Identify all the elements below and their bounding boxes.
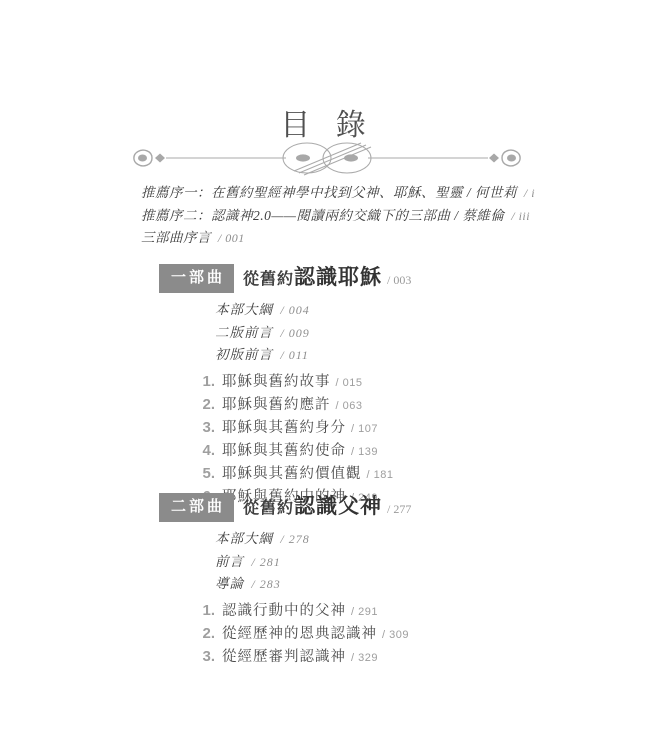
chapter-page: / 139	[351, 441, 378, 463]
chapter-number: 5.	[199, 463, 215, 485]
subitem-label: 導論	[215, 576, 244, 591]
subitem-label: 前言	[215, 554, 244, 569]
subitem-label: 二版前言	[215, 325, 273, 340]
chapter-row: 1.耶穌與舊約故事/ 015	[199, 371, 619, 394]
chapter-title: 從經歷神的恩典認識神	[222, 623, 377, 645]
subitem-list: 本部大綱 / 278 前言 / 281 導論 / 283	[215, 528, 619, 596]
chapter-page: / 107	[351, 418, 378, 440]
toc-page: 目 錄	[0, 0, 650, 750]
chapter-page: / 063	[336, 395, 363, 417]
chapter-row: 1.認識行動中的父神/ 291	[199, 600, 619, 623]
chapter-title: 耶穌與舊約故事	[222, 371, 331, 393]
ornamental-divider	[131, 139, 523, 177]
chapter-number: 2.	[199, 623, 215, 645]
preface-text: 三部曲序言	[141, 230, 211, 245]
preface-list: 推薦序一：在舊約聖經神學中找到父神、耶穌、聖靈 / 何世莉 / i 推薦序二：認…	[141, 182, 571, 250]
chapter-page: / 181	[367, 464, 394, 486]
chapter-page: / 309	[382, 624, 409, 646]
subitem-page: / 283	[251, 577, 280, 591]
chapter-title: 認識行動中的父神	[222, 600, 346, 622]
subitem: 導論 / 283	[215, 573, 619, 596]
subitem: 前言 / 281	[215, 551, 619, 574]
part-title-emphasis: 認識父神	[294, 494, 382, 518]
part-page: / 003	[387, 273, 411, 287]
chapter-number: 4.	[199, 440, 215, 462]
subitem: 初版前言 / 011	[215, 344, 619, 367]
chapter-row: 5.耶穌與其舊約價值觀/ 181	[199, 463, 619, 486]
chapter-list: 1.耶穌與舊約故事/ 015 2.耶穌與舊約應許/ 063 3.耶穌與其舊約身分…	[199, 371, 619, 509]
part-title-prefix: 從舊約	[243, 271, 294, 288]
chapter-page: / 329	[351, 647, 378, 669]
chapter-row: 3.耶穌與其舊約身分/ 107	[199, 417, 619, 440]
chapter-number: 1.	[199, 371, 215, 393]
chapter-number: 1.	[199, 600, 215, 622]
preface-line: 推薦序二：認識神2.0——閱讀兩約交織下的三部曲 / 蔡維倫 / iii	[141, 205, 571, 228]
flourish-icon	[131, 139, 523, 177]
subitem: 本部大綱 / 278	[215, 528, 619, 551]
subitem-page: / 004	[280, 303, 309, 317]
chapter-title: 耶穌與舊約應許	[222, 394, 331, 416]
preface-text: 推薦序二：認識神2.0——閱讀兩約交織下的三部曲 / 蔡維倫	[141, 208, 504, 223]
subitem-label: 本部大綱	[215, 531, 273, 546]
subitem-page: / 011	[280, 348, 308, 362]
part-title: 從舊約認識父神/ 277	[243, 494, 411, 521]
subitem-page: / 278	[280, 532, 309, 546]
part-title-emphasis: 認識耶穌	[294, 265, 382, 289]
section-part-one: 一部曲 從舊約認識耶穌/ 003 本部大綱 / 004 二版前言 / 009 初…	[159, 264, 619, 509]
chapter-title: 耶穌與其舊約身分	[222, 417, 346, 439]
subitem: 本部大綱 / 004	[215, 299, 619, 322]
subitem-label: 初版前言	[215, 347, 273, 362]
subitem: 二版前言 / 009	[215, 322, 619, 345]
chapter-number: 3.	[199, 646, 215, 668]
part-title-prefix: 從舊約	[243, 500, 294, 517]
part-page: / 277	[387, 502, 411, 516]
chapter-number: 3.	[199, 417, 215, 439]
preface-page: / 001	[218, 231, 245, 245]
chapter-title: 耶穌與其舊約價值觀	[222, 463, 362, 485]
chapter-page: / 015	[336, 372, 363, 394]
chapter-list: 1.認識行動中的父神/ 291 2.從經歷神的恩典認識神/ 309 3.從經歷審…	[199, 600, 619, 669]
chapter-row: 2.耶穌與舊約應許/ 063	[199, 394, 619, 417]
chapter-page: / 291	[351, 601, 378, 623]
part-badge: 一部曲	[159, 264, 234, 293]
preface-page: / iii	[511, 209, 530, 223]
chapter-row: 2.從經歷神的恩典認識神/ 309	[199, 623, 619, 646]
part-badge: 二部曲	[159, 493, 234, 522]
subitem-page: / 281	[251, 555, 280, 569]
chapter-row: 3.從經歷審判認識神/ 329	[199, 646, 619, 669]
preface-line: 三部曲序言 / 001	[141, 227, 571, 250]
part-title: 從舊約認識耶穌/ 003	[243, 265, 411, 292]
subitem-label: 本部大綱	[215, 302, 273, 317]
page-title: 目 錄	[0, 100, 650, 144]
preface-text: 推薦序一：在舊約聖經神學中找到父神、耶穌、聖靈 / 何世莉	[141, 185, 517, 200]
preface-page: / i	[524, 186, 535, 200]
chapter-number: 2.	[199, 394, 215, 416]
preface-line: 推薦序一：在舊約聖經神學中找到父神、耶穌、聖靈 / 何世莉 / i	[141, 182, 571, 205]
section-part-two: 二部曲 從舊約認識父神/ 277 本部大綱 / 278 前言 / 281 導論 …	[159, 493, 619, 669]
part-header: 二部曲 從舊約認識父神/ 277	[159, 493, 619, 522]
chapter-title: 從經歷審判認識神	[222, 646, 346, 668]
subitem-page: / 009	[280, 326, 309, 340]
chapter-title: 耶穌與其舊約使命	[222, 440, 346, 462]
subitem-list: 本部大綱 / 004 二版前言 / 009 初版前言 / 011	[215, 299, 619, 367]
chapter-row: 4.耶穌與其舊約使命/ 139	[199, 440, 619, 463]
part-header: 一部曲 從舊約認識耶穌/ 003	[159, 264, 619, 293]
